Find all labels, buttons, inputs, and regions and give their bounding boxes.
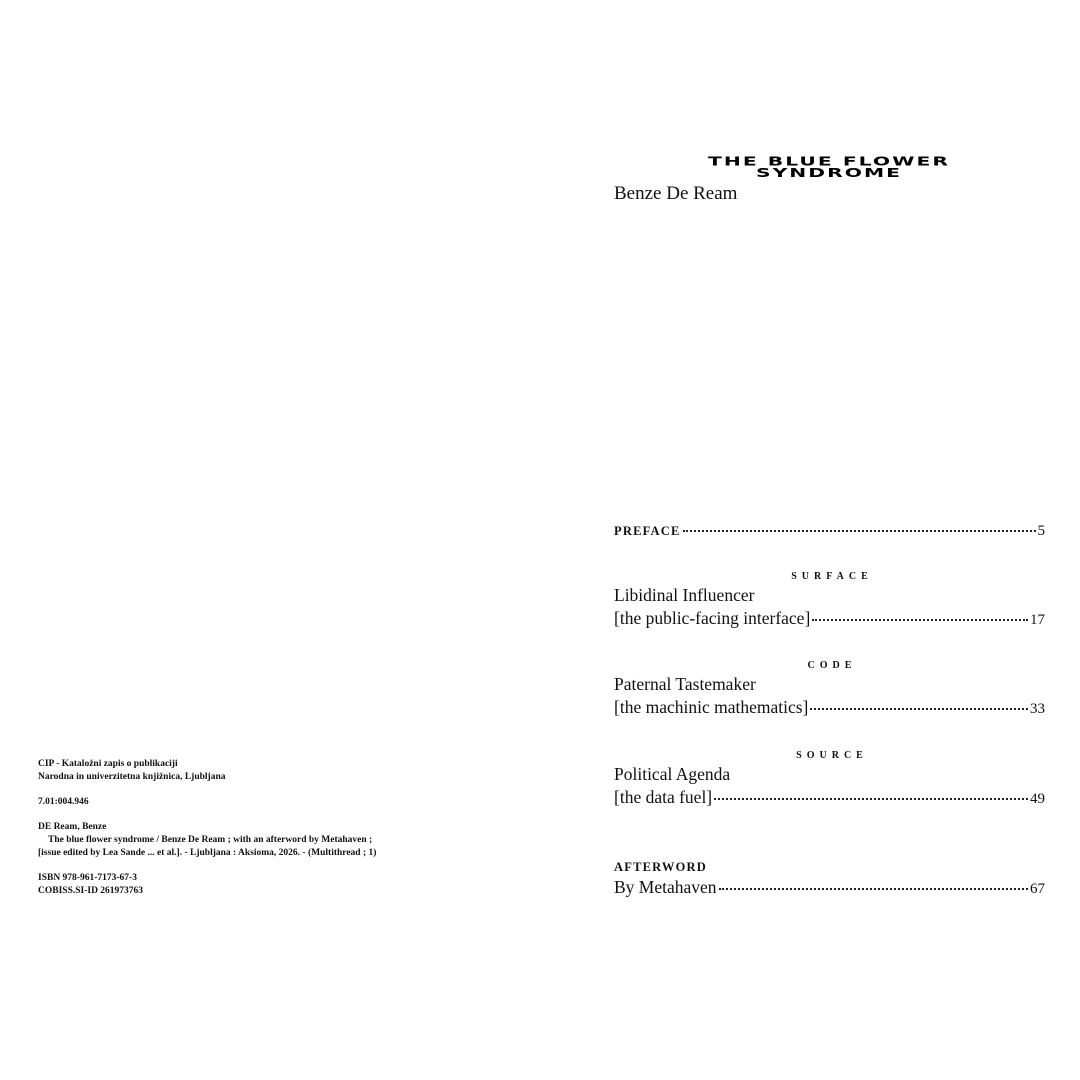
cip-udc: 7.01:004.946	[38, 796, 418, 809]
toc-entry-paternal-tastemaker[interactable]: [the machinic mathematics] 33	[614, 696, 1045, 721]
section-kicker: SURFACE	[614, 570, 1045, 584]
afterword-heading: AFTERWORD	[614, 859, 1045, 875]
toc-page-number: 67	[1030, 878, 1045, 901]
toc-entry-title: Political Agenda	[614, 763, 1045, 786]
toc-section-code: CODE Paternal Tastemaker [the machinic m…	[614, 659, 1045, 721]
cip-record: CIP - Kataložni zapis o publikaciji Naro…	[38, 758, 418, 898]
book-spread: CIP - Kataložni zapis o publikaciji Naro…	[0, 0, 1080, 1080]
dot-leader	[683, 530, 1036, 532]
toc-entry-label: By Metahaven	[614, 876, 717, 899]
toc-page-number: 5	[1038, 520, 1046, 543]
toc-entry-libidinal-influencer[interactable]: [the public-facing interface] 17	[614, 607, 1045, 632]
toc-page-number: 17	[1030, 609, 1045, 632]
toc-entry-subtitle: [the data fuel]	[614, 786, 712, 809]
dot-leader	[812, 619, 1028, 621]
toc-entry-label: PREFACE	[614, 520, 681, 543]
toc-entry-political-agenda[interactable]: [the data fuel] 49	[614, 786, 1045, 811]
toc-page-number: 33	[1030, 698, 1045, 721]
cip-isbn: ISBN 978-961-7173-67-3	[38, 872, 418, 885]
dot-leader	[714, 798, 1028, 800]
dot-leader	[810, 708, 1028, 710]
cip-header-line: Narodna in univerzitetna knjižnica, Ljub…	[38, 771, 418, 784]
toc-preface: PREFACE 5	[614, 520, 1045, 543]
section-kicker: SOURCE	[614, 749, 1045, 763]
cip-header-line: CIP - Kataložni zapis o publikaciji	[38, 758, 418, 771]
book-author: Benze De Ream	[614, 183, 737, 205]
toc-entry-subtitle: [the machinic mathematics]	[614, 696, 808, 719]
toc-section-source: SOURCE Political Agenda [the data fuel] …	[614, 749, 1045, 811]
toc-section-surface: SURFACE Libidinal Influencer [the public…	[614, 570, 1045, 632]
cip-description-line: The blue flower syndrome / Benze De Ream…	[38, 834, 418, 847]
cip-description-line: [issue edited by Lea Sande ... et al.]. …	[38, 847, 418, 860]
toc-afterword: AFTERWORD By Metahaven 67	[614, 859, 1045, 901]
toc-entry-preface[interactable]: PREFACE 5	[614, 520, 1045, 543]
book-title: THE BLUE FLOWER SYNDROME	[639, 156, 1020, 178]
toc-page-number: 49	[1030, 788, 1045, 811]
toc-entry-title: Libidinal Influencer	[614, 584, 1045, 607]
cip-cobiss: COBISS.SI-ID 261973763	[38, 885, 418, 898]
cip-author-entry: DE Ream, Benze	[38, 821, 418, 834]
toc-entry-title: Paternal Tastemaker	[614, 673, 1045, 696]
toc-entry-afterword[interactable]: By Metahaven 67	[614, 876, 1045, 901]
dot-leader	[719, 888, 1028, 890]
toc-entry-subtitle: [the public-facing interface]	[614, 607, 810, 630]
section-kicker: CODE	[614, 659, 1045, 673]
